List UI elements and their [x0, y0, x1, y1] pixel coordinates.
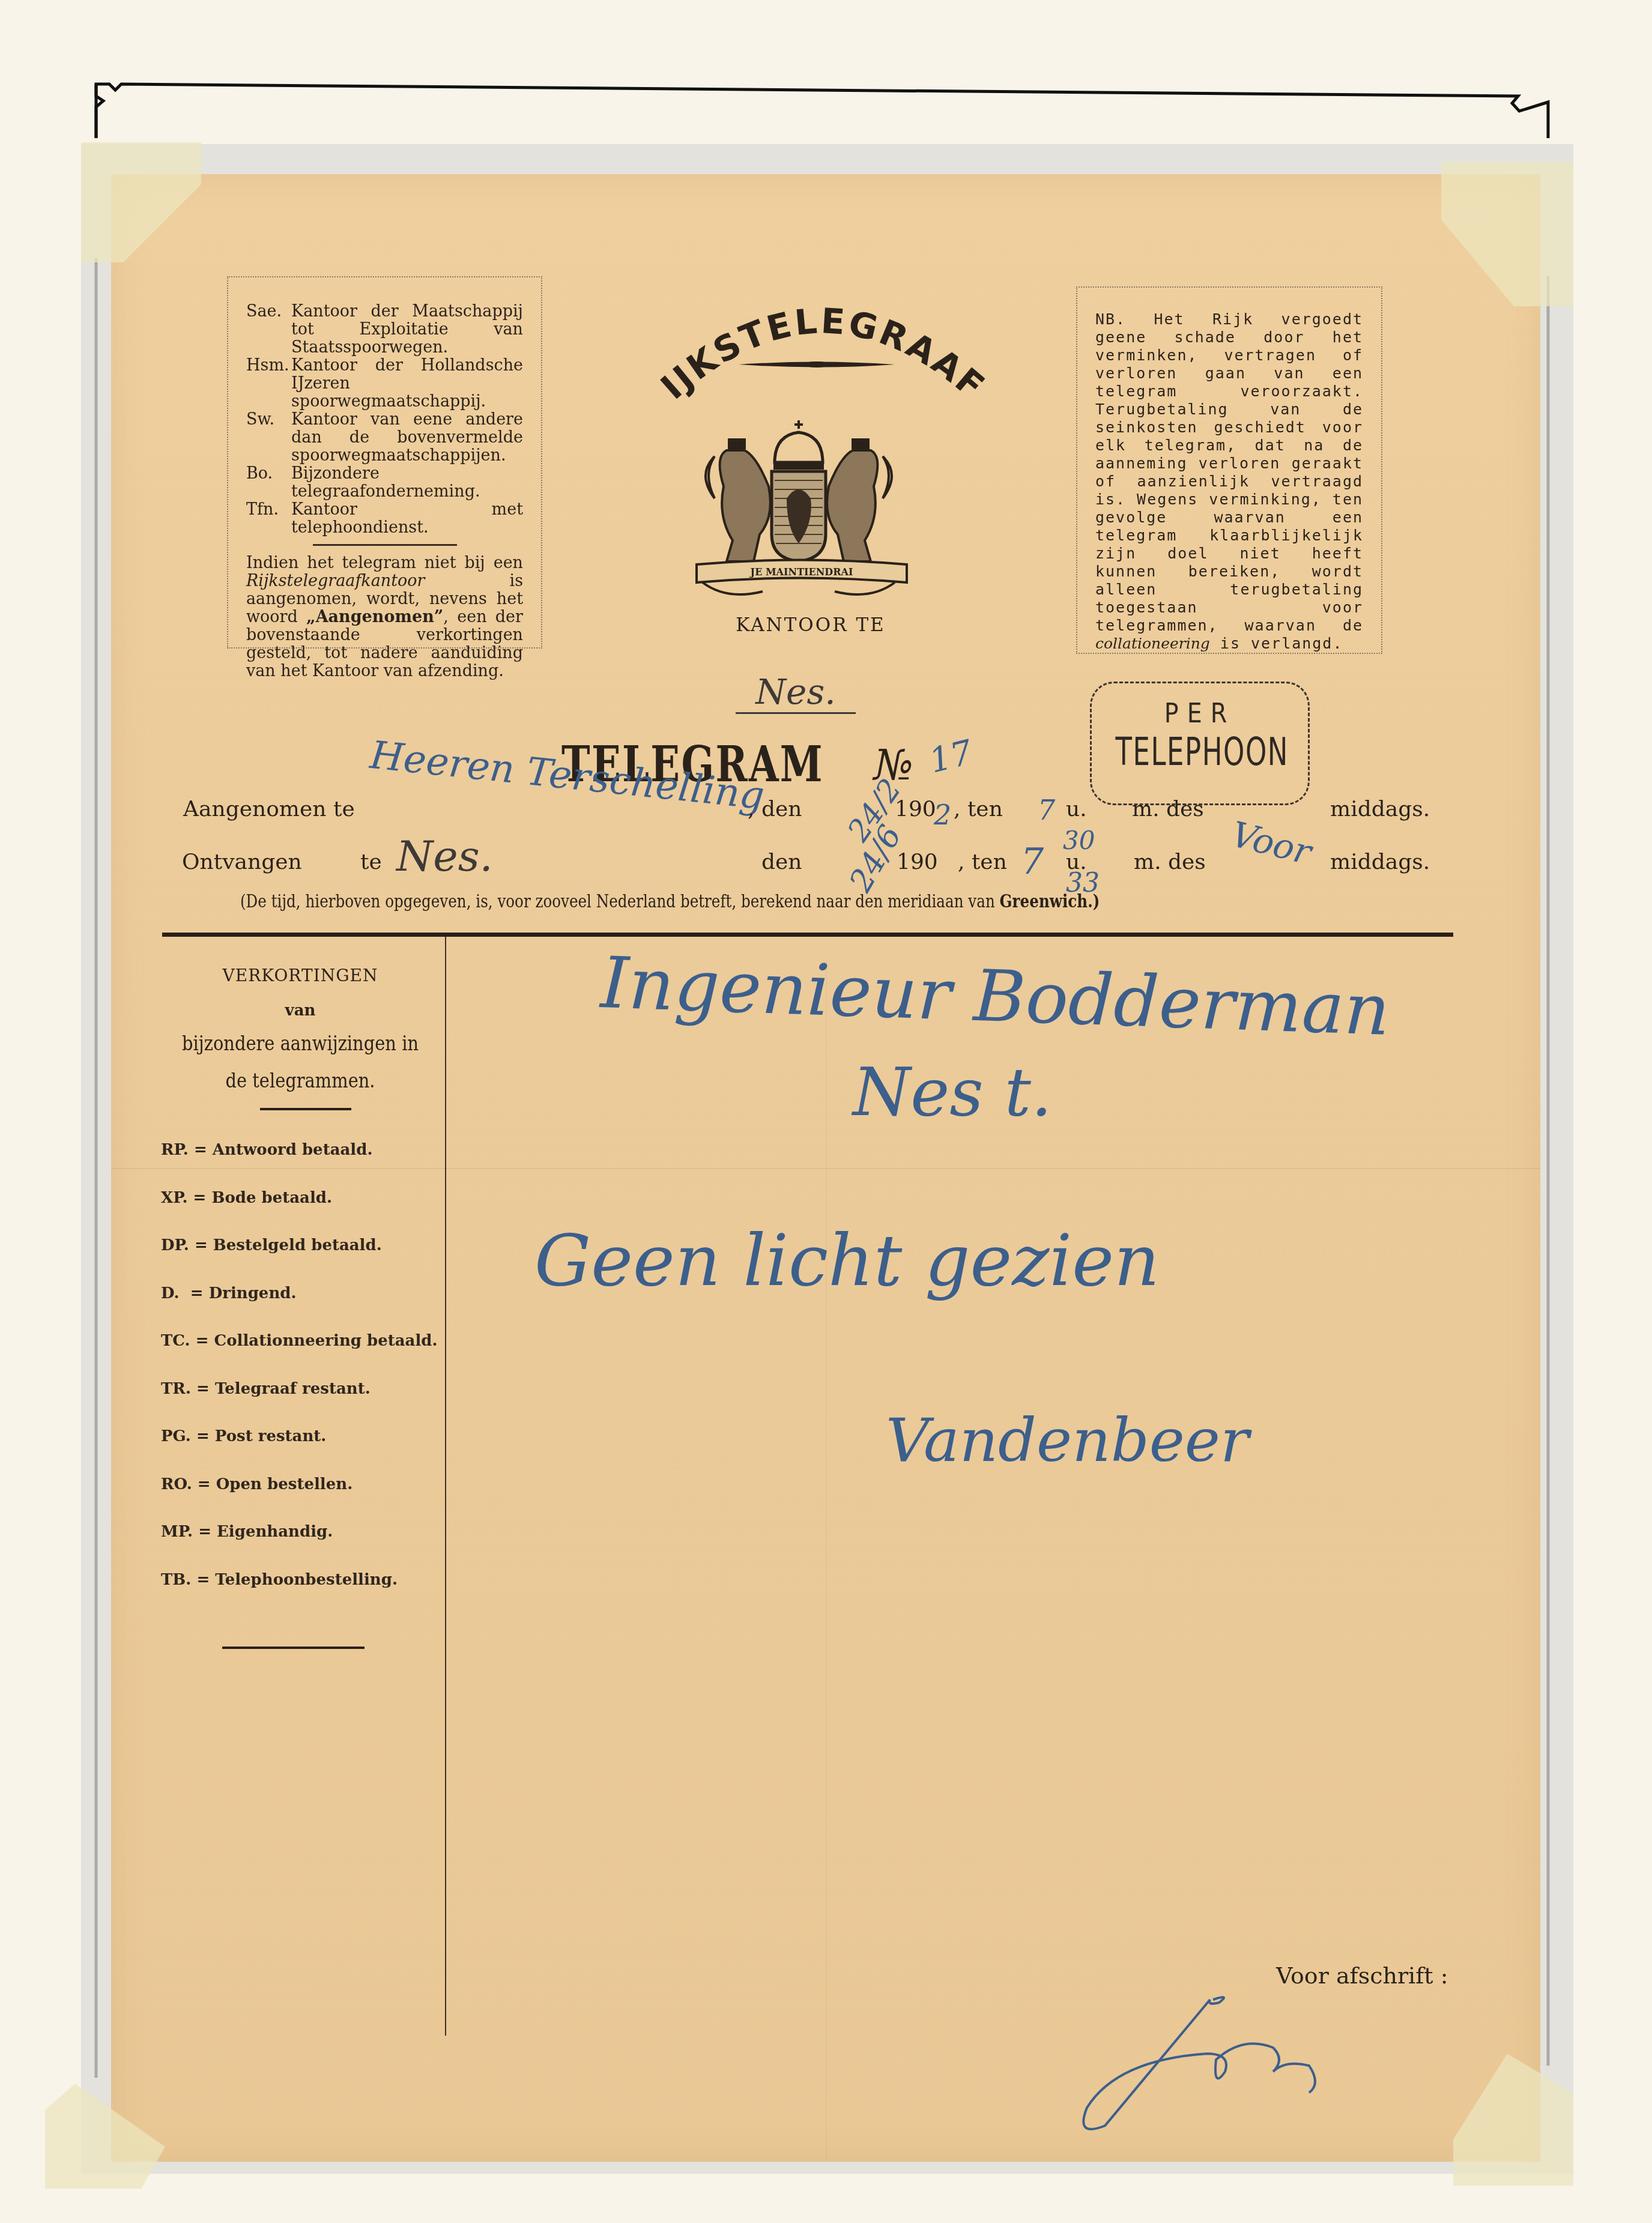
office-entry: Sae.Kantoor der Maatschappij tot Exploit… [246, 303, 523, 357]
verkortingen-subtitle: de telegrammen. [178, 1069, 423, 1093]
coat-of-arms-icon: JE MAINTIENDRAI [691, 414, 943, 606]
verkortingen-list: RP. = Antwoord betaald. XP. = Bode betaa… [161, 1141, 438, 1618]
divider [222, 1647, 365, 1649]
verkortingen-title: VERKORTINGEN [156, 966, 444, 985]
received-den-label: den [761, 850, 802, 874]
accepted-year-label: 190 [895, 797, 936, 821]
office-entry: Sw.Kantoor van eene andere dan de bovenv… [246, 411, 523, 465]
accepted-hour: 7 [1038, 794, 1055, 826]
office-entry: Hsm.Kantoor der Hollandsche IJzeren spoo… [246, 357, 523, 411]
list-item: D. = Dringend. [161, 1284, 438, 1332]
office-entry: Tfn.Kantoor met telephoondienst. [246, 501, 523, 537]
list-item: DP. = Bestelgeld betaald. [161, 1236, 438, 1284]
list-item: RP. = Antwoord betaald. [161, 1141, 438, 1189]
list-item: RO. = Open bestellen. [161, 1475, 438, 1523]
signature: J.m. [1069, 1982, 1405, 2138]
kantoor-value: Nes. [736, 671, 856, 714]
rijkstelegraaf-title: RIJKSTELEGRAAF. [649, 276, 985, 414]
accepted-year-suffix: 2 [934, 799, 951, 831]
received-year-label: 190 [897, 850, 938, 874]
liability-notice-box: NB. Het Rijk vergoedt geene schade door … [1076, 286, 1382, 654]
message-addressee-place: Nes t. [853, 1054, 1052, 1131]
liability-notice-text: NB. Het Rijk vergoedt geene schade door … [1095, 310, 1363, 653]
accepted-ten-label: , ten [954, 797, 1003, 821]
divider [313, 544, 457, 546]
verkortingen-subtitle: bijzondere aanwijzingen in [178, 1032, 423, 1056]
list-item: PG. = Post restant. [161, 1427, 438, 1475]
office-abbreviations-box: Sae.Kantoor der Maatschappij tot Exploit… [227, 276, 542, 649]
accepted-u-label: u. [1066, 797, 1087, 821]
column-divider [445, 937, 446, 2036]
svg-text:JE MAINTIENDRAI: JE MAINTIENDRAI [749, 566, 853, 578]
message-body: Geen licht gezien [534, 1219, 1160, 1302]
fold-line [826, 961, 827, 2162]
accepted-den-label: , den [748, 797, 802, 821]
svg-text:RIJKSTELEGRAAF.: RIJKSTELEGRAAF. [649, 276, 985, 407]
list-item: TR. = Telegraaf restant. [161, 1380, 438, 1428]
list-item: TC. = Collationneering betaald. [161, 1332, 438, 1380]
kantoor-label: KANTOOR TE [673, 614, 949, 636]
section-divider [162, 933, 1453, 937]
received-label: Ontvangen [182, 850, 302, 874]
received-middags-label: middags. [1330, 850, 1430, 874]
office-entry: Bo.Bijzondere telegraafonderneming. [246, 465, 523, 501]
accepted-middags-label: middags. [1330, 797, 1430, 821]
received-place: Nes. [396, 832, 493, 881]
received-te-label: te [360, 850, 382, 874]
divider [260, 1108, 351, 1110]
received-m-des-label: m. des [1134, 850, 1206, 874]
list-item: MP. = Eigenhandig. [161, 1523, 438, 1571]
accepted-label: Aangenomen te [183, 797, 355, 821]
per-telephoon-stamp: PER TELEPHOON [1090, 682, 1310, 805]
received-hour: 7 [1021, 841, 1044, 883]
received-ten-label: , ten [958, 850, 1007, 874]
time-note: (De tijd, hierboven opgegeven, is, voor … [240, 891, 1100, 912]
office-note: Indien het telegram niet bij een Rijkste… [246, 554, 523, 680]
accepted-m-des-label: m. des [1132, 797, 1204, 821]
list-item: TB. = Telephoonbestelling. [161, 1571, 438, 1619]
message-sender: Vandenbeer [886, 1405, 1249, 1475]
list-item: XP. = Bode betaald. [161, 1189, 438, 1237]
verkortingen-subtitle: van [156, 1002, 444, 1020]
